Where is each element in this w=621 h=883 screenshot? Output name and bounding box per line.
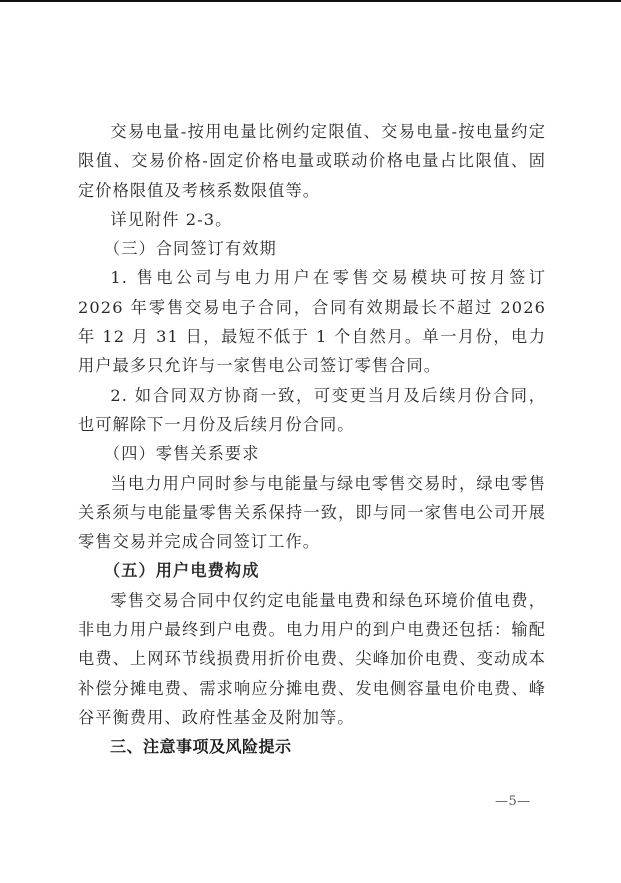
- paragraph-user-fee-composition: 零售交易合同中仅约定电能量电费和绿色环境价值电费，非电力用户最终到户电费。电力用…: [78, 586, 546, 732]
- section-heading-risk-notes: 三、注意事项及风险提示: [78, 732, 546, 761]
- top-border-line: [0, 0, 621, 2]
- subheading-contract-validity: （三）合同签订有效期: [78, 234, 546, 263]
- paragraph-contract-change: 2. 如合同双方协商一致，可变更当月及后续月份合同，也可解除下一月份及后续月份合…: [78, 381, 546, 440]
- document-body: 交易电量-按用电量比例约定限值、交易电量-按电量约定限值、交易价格-固定价格电量…: [78, 117, 546, 762]
- paragraph-trading-limits: 交易电量-按用电量比例约定限值、交易电量-按电量约定限值、交易价格-固定价格电量…: [78, 117, 546, 205]
- paragraph-see-attachment: 详见附件 2-3。: [78, 205, 546, 234]
- subheading-retail-relationship: （四）零售关系要求: [78, 439, 546, 468]
- subheading-user-fee-composition: （五）用户电费构成: [78, 556, 546, 585]
- document-page: 交易电量-按用电量比例约定限值、交易电量-按电量约定限值、交易价格-固定价格电量…: [0, 0, 621, 883]
- paragraph-contract-term: 1. 售电公司与电力用户在零售交易模块可按月签订 2026 年零售交易电子合同，…: [78, 263, 546, 380]
- paragraph-retail-relationship: 当电力用户同时参与电能量与绿电零售交易时，绿电零售关系须与电能量零售关系保持一致…: [78, 469, 546, 557]
- page-number: —5—: [495, 794, 531, 809]
